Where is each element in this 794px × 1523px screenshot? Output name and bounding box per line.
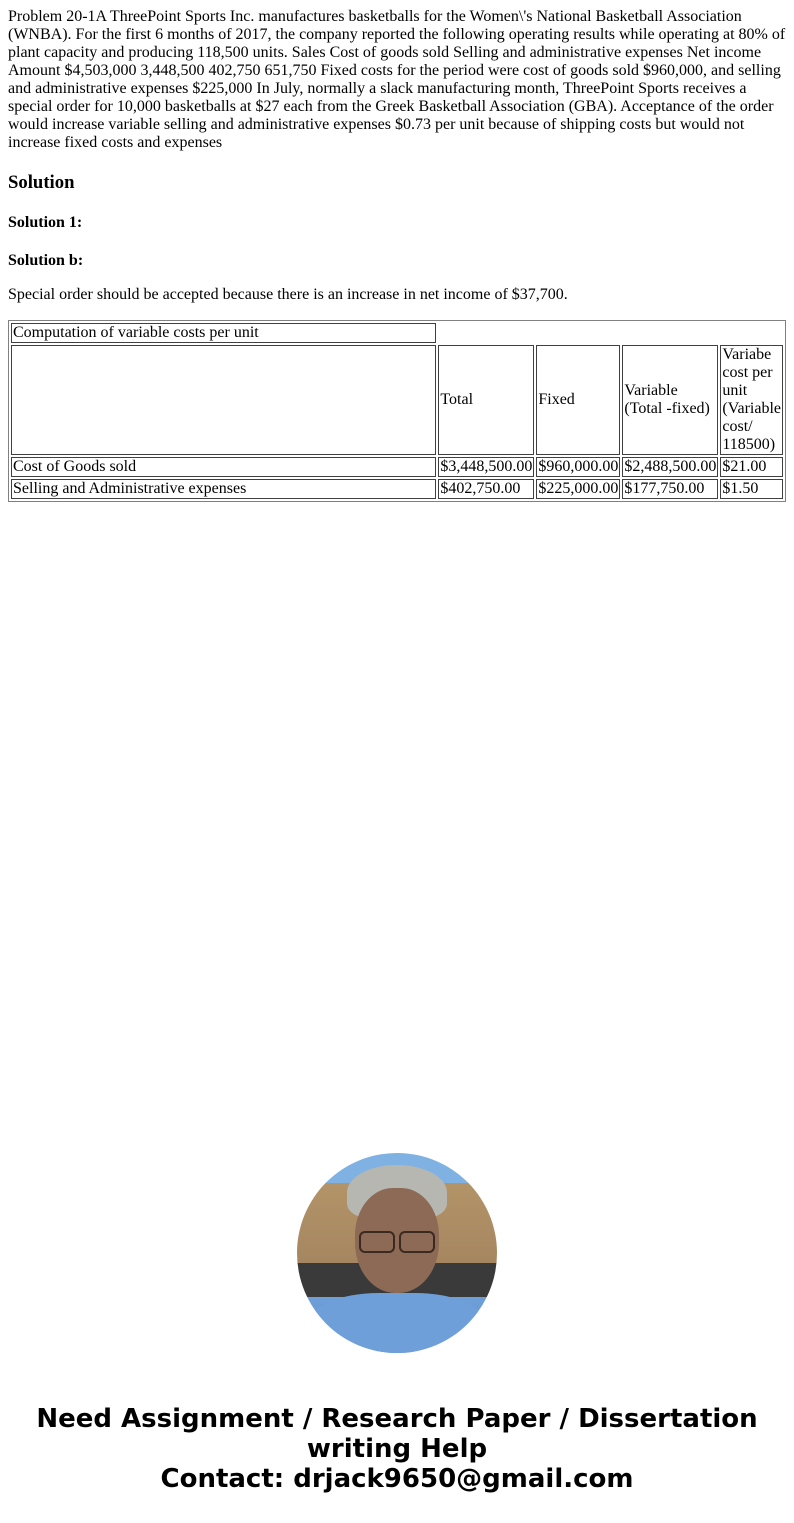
help-line: Need Assignment / Research Paper / Disse… bbox=[0, 1404, 794, 1464]
cell: $177,750.00 bbox=[622, 479, 718, 499]
table-caption: Computation of variable costs per unit bbox=[11, 323, 436, 343]
solution-b-heading: Solution b: bbox=[8, 252, 786, 270]
header-cell bbox=[11, 345, 436, 455]
author-photo-icon bbox=[297, 1153, 497, 1353]
cell: $21.00 bbox=[720, 457, 783, 477]
answer-text: Special order should be accepted because… bbox=[8, 286, 786, 304]
header-cell: Total bbox=[438, 345, 534, 455]
header-cell: Variable (Total -fixed) bbox=[622, 345, 718, 455]
table-header-row: Total Fixed Variable (Total -fixed) Vari… bbox=[11, 345, 783, 455]
table-row: Cost of Goods sold $3,448,500.00 $960,00… bbox=[11, 457, 783, 477]
document-body: Problem 20-1A ThreePoint Sports Inc. man… bbox=[8, 8, 786, 502]
table-row: Selling and Administrative expenses $402… bbox=[11, 479, 783, 499]
cell: $960,000.00 bbox=[536, 457, 620, 477]
contact-line: Contact: drjack9650@gmail.com bbox=[0, 1464, 794, 1494]
cell: Selling and Administrative expenses bbox=[11, 479, 436, 499]
variable-cost-table: Computation of variable costs per unit T… bbox=[8, 320, 786, 502]
cell: $402,750.00 bbox=[438, 479, 534, 499]
cell: $1.50 bbox=[720, 479, 783, 499]
table-caption-row: Computation of variable costs per unit bbox=[11, 323, 783, 343]
solution-heading: Solution bbox=[8, 172, 786, 194]
solution-1-heading: Solution 1: bbox=[8, 214, 786, 232]
cell: $3,448,500.00 bbox=[438, 457, 534, 477]
header-cell: Fixed bbox=[536, 345, 620, 455]
problem-text: Problem 20-1A ThreePoint Sports Inc. man… bbox=[8, 8, 786, 152]
cell: Cost of Goods sold bbox=[11, 457, 436, 477]
cell: $2,488,500.00 bbox=[622, 457, 718, 477]
header-cell: Variabe cost per unit (Variable cost/ 11… bbox=[720, 345, 783, 455]
cell: $225,000.00 bbox=[536, 479, 620, 499]
contact-banner: Need Assignment / Research Paper / Disse… bbox=[0, 1404, 794, 1494]
